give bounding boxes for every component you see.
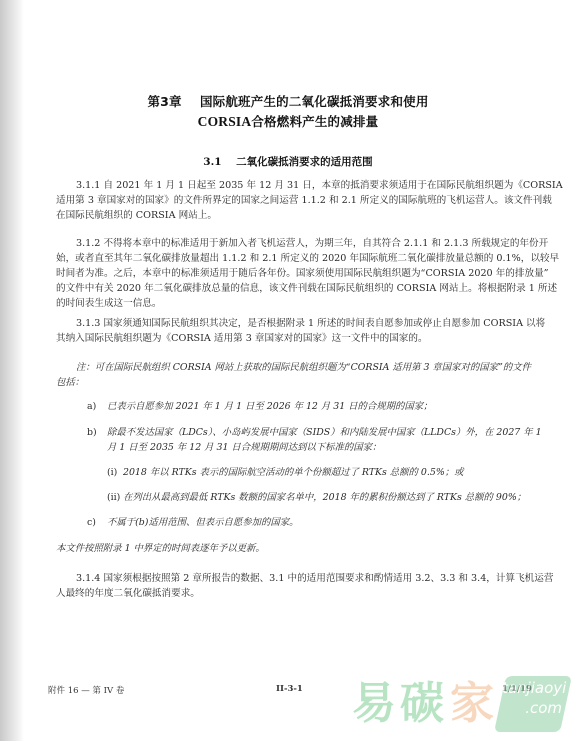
- document-page: 第3章 国际航班产生的二氧化碳抵消要求和使用 CORSIA合格燃料产生的减排量 …: [0, 0, 576, 741]
- watermark-tld: .com: [502, 698, 566, 718]
- paragraph-3-1-4: 3.1.4 国家须根据按照第 2 章所报告的数据、3.1 中的适用范围要求和酌情…: [56, 571, 522, 601]
- paragraph-line: 其纳入国际民航组织题为《CORSIA 适用第 3 章国家对的国家》这一文件中的国…: [56, 331, 522, 346]
- paragraph-3-1-1: 3.1.1 自 2021 年 1 月 1 日起至 2035 年 12 月 31 …: [56, 178, 522, 223]
- watermark-logo: 易 碳 家 tanjiaoyi .com: [352, 668, 567, 740]
- list-item-text: 2018 年以 RTKs 表示的国际航空活动的单个份额超过了 RTKs 总额的 …: [123, 465, 463, 480]
- list-item-ii: (ii) 在列出从最高到最低 RTKs 数额的国家名单中，2018 年的累积份额…: [107, 490, 527, 505]
- list-item-c: c) 不属于(b)适用范围、但表示自愿参加的国家。: [87, 515, 527, 530]
- list-item-text: 除最不发达国家（LDCs）、小岛屿发展中国家（SIDS）和内陆发展中国家（LLD…: [107, 425, 542, 440]
- paragraph-line: 的文件中有关 2020 年二氧化碳排放总量的信息，该文件刊载在国际民航组织的 C…: [56, 281, 522, 296]
- footer-page-number: II-3-1: [276, 684, 303, 694]
- list-marker: b): [87, 425, 97, 440]
- list-item-i: (i) 2018 年以 RTKs 表示的国际航空活动的单个份额超过了 RTKs …: [107, 465, 527, 480]
- footer-annex-volume: 附件 16 — 第 IV 卷: [48, 684, 124, 696]
- note-line: 包括：: [56, 375, 522, 390]
- list-marker: a): [87, 399, 96, 414]
- paragraph-3-1-3: 3.1.3 国家须通知国际民航组织其决定，是否根据附录 1 所述的时间表自愿参加…: [56, 316, 522, 346]
- chapter-title-line2: CORSIA合格燃料产生的减排量: [0, 112, 576, 130]
- section-heading-3-1: 3.1 二氧化碳抵消要求的适用范围: [0, 154, 576, 169]
- paragraph-line: 在国际民航组织的 CORSIA 网站上。: [56, 208, 522, 223]
- paragraph-line: 3.1.1 自 2021 年 1 月 1 日起至 2035 年 12 月 31 …: [56, 178, 522, 193]
- paragraph-line: 3.1.4 国家须根据按照第 2 章所报告的数据、3.1 中的适用范围要求和酌情…: [56, 571, 522, 586]
- note-block: 注：可在国际民航组织 CORSIA 网站上获取的国际民航组织题为“CORSIA …: [56, 360, 522, 390]
- title-rest: 合格燃料产生的减排量: [251, 114, 378, 129]
- closing-note: 本文件按照附录 1 中界定的时间表逐年予以更新。: [56, 541, 522, 556]
- list-item-text: 在列出从最高到最低 RTKs 数额的国家名单中，2018 年的累积份额达到了 R…: [123, 490, 526, 505]
- list-marker: (ii): [107, 490, 120, 505]
- list-marker: c): [87, 515, 96, 530]
- paragraph-line: 适用第 3 章国家对的国家》的文件所界定的国家之间运营 1.1.2 和 2.1 …: [56, 193, 522, 208]
- paragraph-line: 始，或者直至其年二氧化碳排放量超出 1.1.2 和 2.1 所定义的 2020 …: [56, 251, 522, 266]
- paragraph-line: 人最终的年度二氧化碳抵消要求。: [56, 586, 522, 601]
- list-item-b: b) 除最不发达国家（LDCs）、小岛屿发展中国家（SIDS）和内陆发展中国家（…: [87, 425, 527, 455]
- watermark-char-yi: 易: [352, 682, 396, 726]
- watermark-domain: tanjiaoyi: [502, 678, 566, 698]
- closing-line: 本文件按照附录 1 中界定的时间表逐年予以更新。: [56, 541, 522, 556]
- watermark-char-jia: 家: [450, 682, 494, 726]
- watermark-badge-text: tanjiaoyi .com: [502, 678, 566, 718]
- chapter-title-line1: 第3章 国际航班产生的二氧化碳抵消要求和使用: [0, 92, 576, 110]
- watermark-char-tan: 碳: [400, 682, 444, 726]
- paragraph-line: 时间者为准。之后，本章中的标准须适用于随后各年份。国家须使用国际民航组织题为“C…: [56, 266, 522, 281]
- paragraph-3-1-2: 3.1.2 不得将本章中的标准适用于新加入者飞机运营人，为期三年，自其符合 2.…: [56, 236, 522, 311]
- list-marker: (i): [107, 465, 117, 480]
- note-line: 注：可在国际民航组织 CORSIA 网站上获取的国际民航组织题为“CORSIA …: [56, 360, 522, 375]
- list-item-text: 已表示自愿参加 2021 年 1 月 1 日至 2026 年 12 月 31 日…: [107, 399, 433, 414]
- paragraph-line: 的时间表生成这一信息。: [56, 296, 522, 311]
- paragraph-line: 3.1.2 不得将本章中的标准适用于新加入者飞机运营人，为期三年，自其符合 2.…: [56, 236, 522, 251]
- list-item-text: 月 1 日至 2035 年 12 月 31 日合规期期间达到以下标准的国家：: [107, 440, 381, 455]
- title-corsia: CORSIA: [198, 114, 252, 129]
- list-item-a: a) 已表示自愿参加 2021 年 1 月 1 日至 2026 年 12 月 3…: [87, 399, 527, 414]
- list-item-text: 不属于(b)适用范围、但表示自愿参加的国家。: [107, 515, 298, 530]
- paragraph-line: 3.1.3 国家须通知国际民航组织其决定，是否根据附录 1 所述的时间表自愿参加…: [56, 316, 522, 331]
